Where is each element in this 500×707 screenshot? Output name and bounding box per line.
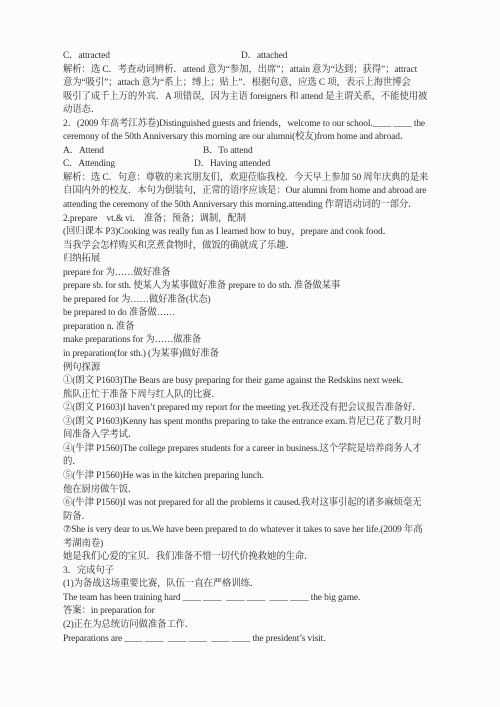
document-line: 例句探源 bbox=[63, 362, 458, 376]
document-line: (回归课本 P3)Cooking was really fun as I lea… bbox=[63, 226, 458, 240]
document-line: ①(朗文 P1603)The Bears are busy preparing … bbox=[63, 375, 458, 389]
document-line: make preparations for 为……做准备 bbox=[63, 334, 458, 348]
line-text: D．attached bbox=[241, 50, 287, 64]
document-line: 她是我们心爱的宝贝．我们准备不惜一切代价挽救她的生命． bbox=[63, 551, 458, 565]
document-line: 2．(2009 年高考江苏卷)Distinguished guests and … bbox=[63, 118, 458, 132]
line-text: 熊队正忙于准备下周与红人队的比赛． bbox=[63, 389, 221, 403]
document-line: 3．完成句子 bbox=[63, 565, 458, 579]
line-text: be prepared to do 准备做…… bbox=[63, 307, 175, 321]
line-text: ②(朗文 P1603)I haven’t prepared my report … bbox=[63, 402, 422, 416]
document-line: 防备． bbox=[63, 511, 458, 525]
document-line: attending the ceremony of the 50th Anniv… bbox=[63, 199, 458, 213]
line-text: attending the ceremony of the 50th Anniv… bbox=[63, 199, 417, 213]
document-line: 2.prepare vt.& vi. 准备；预备；调制，配制 bbox=[63, 213, 458, 227]
document-line: be prepared for 为……做好准备(状态) bbox=[63, 294, 458, 308]
document-line: 熊队正忙于准备下周与红人队的比赛． bbox=[63, 389, 458, 403]
line-text: ④(牛津 P1560)The college prepares students… bbox=[63, 443, 421, 457]
line-text: (1)为备战这场重要比赛，队伍一直在严格训练． bbox=[63, 578, 259, 592]
document-line: 的． bbox=[63, 456, 458, 470]
document-line: 当我学会怎样购买和烹煮食物时，做饭的确就成了乐趣． bbox=[63, 240, 458, 254]
document-line: ⑤(牛津 P1560)He was in the kitchen prepari… bbox=[63, 470, 458, 484]
document-line: prepare for 为……做好准备 bbox=[63, 267, 458, 281]
line-text: (2)正在为总统访问做准备工作． bbox=[63, 619, 194, 633]
line-text: C．attracted bbox=[63, 50, 110, 64]
line-text: make preparations for 为……做准备 bbox=[63, 334, 201, 348]
line-text: 意为“吸引”；attach 意为“系上；缚上；贴上”．根据句意，应选 C 项，表… bbox=[63, 77, 411, 91]
line-text: in preparation(for sth.) (为某事)做好准备 bbox=[63, 348, 219, 362]
line-text: The team has been training hard ____ ___… bbox=[63, 592, 360, 606]
document-line: 意为“吸引”；attach 意为“系上；缚上；贴上”．根据句意，应选 C 项，表… bbox=[63, 77, 458, 91]
document-line: ⑦She is very dear to us.We have been pre… bbox=[63, 524, 458, 538]
document-line: 解析：选 C．句意：尊敬的来宾朋友们，欢迎莅临我校．今天早上参加 50 周年庆典… bbox=[63, 172, 458, 186]
line-text: A．Attend bbox=[63, 145, 104, 159]
line-text: 动语态． bbox=[63, 104, 100, 118]
document-line: C．AttendingD．Having attended bbox=[63, 158, 458, 172]
line-text: 考湖南卷) bbox=[63, 538, 103, 552]
line-text: 自国内外的校友．本句为倒装句，正常的语序应该是：Our alumni from … bbox=[63, 185, 426, 199]
line-text: 答案：in preparation for bbox=[63, 605, 155, 619]
document-line: 间准备入学考试． bbox=[63, 429, 458, 443]
line-text: be prepared for 为……做好准备(状态) bbox=[63, 294, 211, 308]
line-text: 他在厨房做午饭． bbox=[63, 484, 137, 498]
line-text: 吸引了成千上万的外宾．A 项错误，因为主语 foreigners 和 atten… bbox=[63, 91, 427, 105]
document-line: C．attractedD．attached bbox=[63, 50, 458, 64]
document-line: preparation n. 准备 bbox=[63, 321, 458, 335]
document-line: 自国内外的校友．本句为倒装句，正常的语序应该是：Our alumni from … bbox=[63, 185, 458, 199]
line-text: 2.prepare vt.& vi. 准备；预备；调制，配制 bbox=[63, 213, 246, 227]
document-line: A．AttendB．To attend bbox=[63, 145, 458, 159]
line-text: ③(朗文 P1603)Kenny has spent months prepar… bbox=[63, 416, 422, 430]
document-line: prepare sb. for sth. 使某人为某事做好准备 prepare … bbox=[63, 280, 458, 294]
document-line: be prepared to do 准备做…… bbox=[63, 307, 458, 321]
document-line: (1)为备战这场重要比赛，队伍一直在严格训练． bbox=[63, 578, 458, 592]
line-text: ①(朗文 P1603)The Bears are busy preparing … bbox=[63, 375, 403, 389]
line-text: 3．完成句子 bbox=[63, 565, 114, 579]
line-text: 解析：选 C．句意：尊敬的来宾朋友们，欢迎莅临我校．今天早上参加 50 周年庆典… bbox=[63, 172, 428, 186]
document-body: C．attractedD．attached解析：选 C．考查动词辨析．atten… bbox=[63, 50, 458, 646]
line-text: preparation n. 准备 bbox=[63, 321, 134, 335]
line-text: 她是我们心爱的宝贝．我们准备不惜一切代价挽救她的生命． bbox=[63, 551, 313, 565]
line-text: 解析：选 C．考查动词辨析．attend 意为“参加，出席”；attain 意为… bbox=[63, 64, 417, 78]
document-line: ceremony of the 50th Anniversary this mo… bbox=[63, 131, 458, 145]
document-line: 考湖南卷) bbox=[63, 538, 458, 552]
line-text: 当我学会怎样购买和烹煮食物时，做饭的确就成了乐趣． bbox=[63, 240, 295, 254]
line-text: 归纳拓展 bbox=[63, 253, 100, 267]
document-line: 动语态． bbox=[63, 104, 458, 118]
document-line: 解析：选 C．考查动词辨析．attend 意为“参加，出席”；attain 意为… bbox=[63, 64, 458, 78]
document-line: 归纳拓展 bbox=[63, 253, 458, 267]
document-line: (2)正在为总统访问做准备工作． bbox=[63, 619, 458, 633]
document-line: 答案：in preparation for bbox=[63, 605, 458, 619]
line-text: ⑦She is very dear to us.We have been pre… bbox=[63, 524, 423, 538]
line-text: 的． bbox=[63, 456, 82, 470]
document-line: ②(朗文 P1603)I haven’t prepared my report … bbox=[63, 402, 458, 416]
document-line: 吸引了成千上万的外宾．A 项错误，因为主语 foreigners 和 atten… bbox=[63, 91, 458, 105]
line-text: ⑥(牛津 P1560)I was not prepared for all th… bbox=[63, 497, 421, 511]
line-text: B．To attend bbox=[203, 145, 253, 159]
line-text: ceremony of the 50th Anniversary this mo… bbox=[63, 131, 409, 145]
document-line: Preparations are ____ ____ ____ ____ ___… bbox=[63, 633, 458, 647]
document-page: C．attractedD．attached解析：选 C．考查动词辨析．atten… bbox=[0, 0, 500, 707]
line-text: 防备． bbox=[63, 511, 91, 525]
line-text: Preparations are ____ ____ ____ ____ ___… bbox=[63, 633, 325, 647]
document-line: in preparation(for sth.) (为某事)做好准备 bbox=[63, 348, 458, 362]
document-line: ④(牛津 P1560)The college prepares students… bbox=[63, 443, 458, 457]
line-text: 间准备入学考试． bbox=[63, 429, 137, 443]
line-text: prepare for 为……做好准备 bbox=[63, 267, 170, 281]
document-line: The team has been training hard ____ ___… bbox=[63, 592, 458, 606]
line-text: prepare sb. for sth. 使某人为某事做好准备 prepare … bbox=[63, 280, 340, 294]
line-text: ⑤(牛津 P1560)He was in the kitchen prepari… bbox=[63, 470, 264, 484]
document-line: ③(朗文 P1603)Kenny has spent months prepar… bbox=[63, 416, 458, 430]
document-line: ⑥(牛津 P1560)I was not prepared for all th… bbox=[63, 497, 458, 511]
document-line: 他在厨房做午饭． bbox=[63, 484, 458, 498]
line-text: C．Attending bbox=[63, 158, 115, 172]
line-text: 2．(2009 年高考江苏卷)Distinguished guests and … bbox=[63, 118, 425, 132]
line-text: D．Having attended bbox=[194, 158, 270, 172]
line-text: (回归课本 P3)Cooking was really fun as I lea… bbox=[63, 226, 392, 240]
line-text: 例句探源 bbox=[63, 362, 100, 376]
